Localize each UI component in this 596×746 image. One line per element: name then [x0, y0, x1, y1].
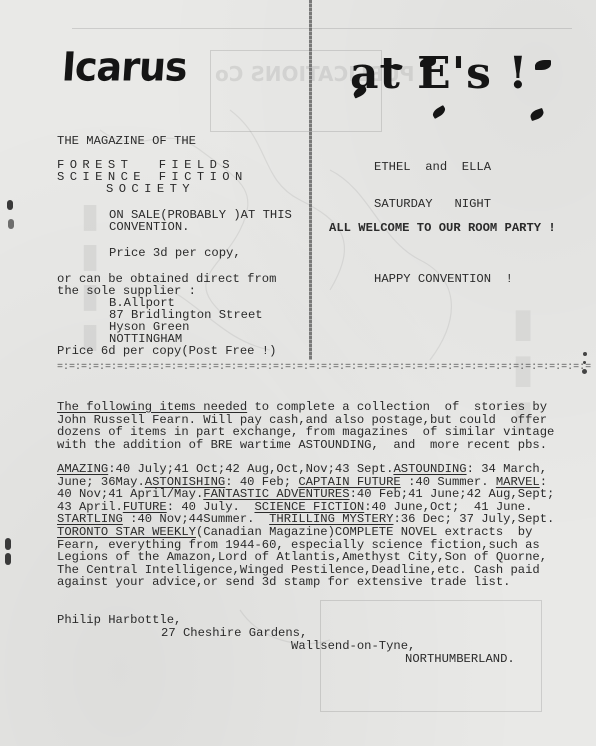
convention-greeting: HAPPY CONVENTION !	[374, 273, 513, 286]
staple-mark-icon	[5, 553, 11, 565]
magazine-title-icarus: Icarus	[60, 44, 188, 90]
ink-dot-icon	[583, 352, 587, 356]
signature-street: 27 Cheshire Gardens,	[161, 627, 307, 640]
signature-name: Philip Harbottle,	[57, 614, 181, 627]
society-name-line3: SOCIETY	[106, 183, 195, 196]
party-welcome: ALL WELCOME TO OUR ROOM PARTY !	[329, 222, 556, 235]
wanted-ad-line4: with the addition of BRE wartime ASTOUND…	[57, 438, 547, 452]
price-convention: Price 3d per copy,	[109, 247, 241, 260]
signature-town: Wallsend-on-Tyne,	[291, 640, 415, 653]
leaf-ornament-icon	[535, 60, 551, 70]
magazine-of-line: THE MAGAZINE OF THE	[57, 135, 196, 148]
on-sale-line2: CONVENTION.	[109, 221, 189, 234]
signature-county: NORTHUMBERLAND.	[405, 653, 515, 666]
ghost-stamp-frame	[72, 28, 572, 33]
wanted-list-line10: against your advice,or send 3d stamp for…	[57, 575, 510, 589]
separator-rule: =:=:=:=:=:=:=:=:=:=:=:=:=:=:=:=:=:=:=:=:…	[57, 362, 591, 373]
staple-mark-icon	[8, 219, 14, 229]
ink-dot-icon	[583, 361, 586, 364]
party-hosts: ETHEL and ELLA	[374, 161, 491, 174]
staple-mark-icon	[5, 538, 11, 550]
price-post: Price 6d per copy(Post Free !)	[57, 345, 276, 358]
staple-mark-icon	[7, 200, 13, 210]
party-title-text: at E's !	[350, 48, 529, 99]
column-divider	[309, 0, 312, 360]
fanzine-page: PUBLICATIONS Co ▮▮▮▮ ▮▮▮ Icarus at E's !…	[0, 0, 596, 746]
leaf-ornament-icon	[529, 108, 545, 121]
wanted-list-paragraph: AMAZING:40 July;41 Oct;42 Aug,Oct,Nov;43…	[57, 463, 587, 589]
leaf-ornament-icon	[431, 105, 447, 119]
ink-dot-icon	[582, 369, 587, 374]
party-when: SATURDAY NIGHT	[374, 198, 491, 211]
wanted-ad-paragraph: The following items needed to complete a…	[57, 401, 587, 451]
